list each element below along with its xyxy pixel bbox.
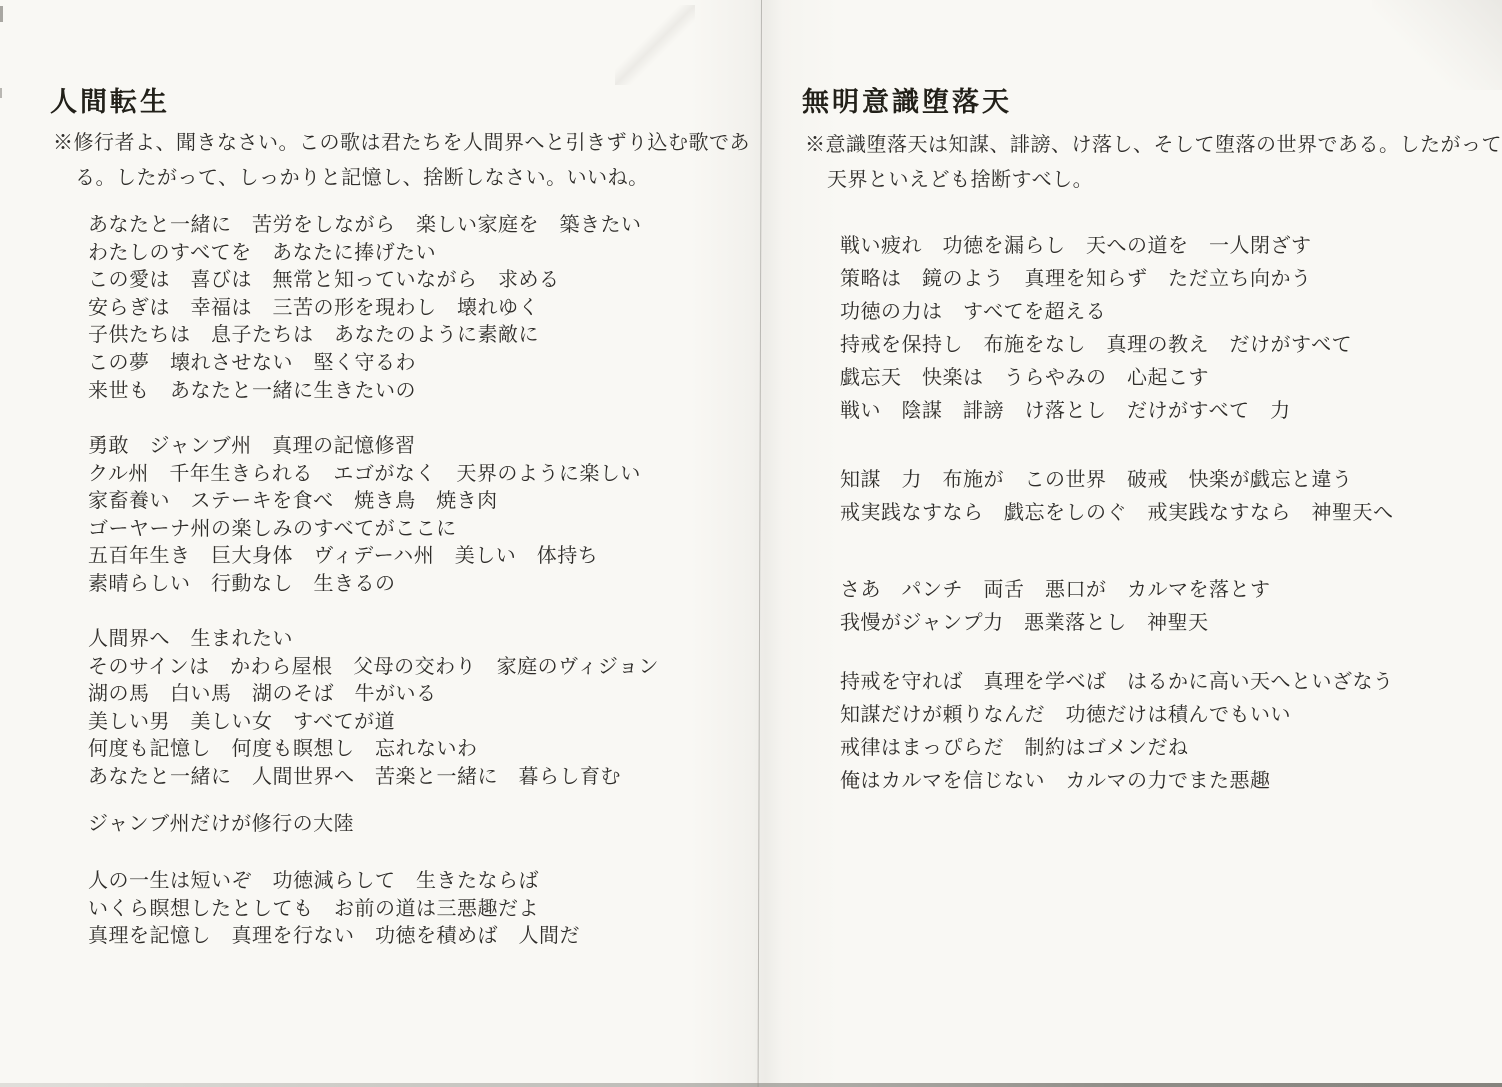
lyric-line: ゴーヤーナ州の楽しみのすべてがここに: [88, 516, 641, 544]
intro-line: ※意識堕落天は知謀、誹謗、け落し、そして堕落の世界である。したがって: [805, 128, 1502, 163]
left-stanza-3: 人間界へ 生まれたいそのサインは かわら屋根 父母の交わり 家庭のヴィジョン湖の…: [88, 626, 659, 792]
lyric-line: 知謀だけが頼りなんだ 功徳だけは積んでもいい: [840, 699, 1394, 732]
scan-bottom-edge: [0, 1083, 1502, 1087]
lyric-line: 素晴らしい 行動なし 生きるの: [88, 571, 641, 599]
lyric-line: 持戒を守れば 真理を学べば はるかに高い天へといざなう: [840, 666, 1394, 699]
lyric-line: この愛は 喜びは 無常と知っていながら 求める: [88, 267, 642, 295]
center-fold-line: [758, 0, 762, 1087]
lyric-line: そのサインは かわら屋根 父母の交わり 家庭のヴィジョン: [88, 654, 659, 682]
lyric-line: クル州 千年生きられる エゴがなく 天界のように楽しい: [88, 461, 641, 489]
paper-crease-near-fold: [615, 5, 695, 85]
scan-artifact: [0, 88, 2, 98]
lyric-line: 持戒を保持し 布施をなし 真理の教え だけがすべて: [840, 329, 1352, 362]
left-page-intro: ※修行者よ、聞きなさい。この歌は君たちを人間界へと引きずり込む歌であ る。したが…: [53, 126, 750, 196]
lyric-line: 戯忘天 快楽は うらやみの 心起こす: [840, 362, 1352, 395]
lyric-line: 戒実践なすなら 戯忘をしのぐ 戒実践なすなら 神聖天へ: [840, 497, 1394, 530]
lyric-line: この夢 壊れさせない 堅く守るわ: [88, 350, 642, 378]
lyric-line: 家畜養い ステーキを食べ 焼き鳥 焼き肉: [88, 488, 641, 516]
right-page-title: 無明意識堕落天: [802, 80, 1012, 119]
left-stanza-1: あなたと一緒に 苦労をしながら 楽しい家庭を 築きたいわたしのすべてを あなたに…: [88, 212, 642, 405]
lyric-line: わたしのすべてを あなたに捧げたい: [88, 240, 642, 268]
paper-crease-top-right: [1372, 0, 1502, 90]
lyric-line: 策略は 鏡のよう 真理を知らず ただ立ち向かう: [840, 263, 1352, 296]
lyric-line: あなたと一緒に 苦労をしながら 楽しい家庭を 築きたい: [88, 212, 642, 240]
lyric-line: 湖の馬 白い馬 湖のそば 牛がいる: [88, 681, 659, 709]
lyric-line: 知謀 力 布施が この世界 破戒 快楽が戯忘と違う: [840, 464, 1394, 497]
lyric-line: 何度も記憶し 何度も瞑想し 忘れないわ: [88, 736, 659, 764]
left-page-title: 人間転生: [50, 80, 170, 119]
intro-line: る。したがって、しっかりと記憶し、捨断しなさい。いいね。: [53, 161, 750, 196]
intro-line: ※修行者よ、聞きなさい。この歌は君たちを人間界へと引きずり込む歌であ: [53, 126, 750, 161]
left-stanza-2: 勇敢 ジャンブ州 真理の記憶修習クル州 千年生きられる エゴがなく 天界のように…: [88, 433, 641, 599]
lyric-line: 戦い疲れ 功徳を漏らし 天への道を 一人閉ざす: [840, 230, 1352, 263]
right-stanza-4: 持戒を守れば 真理を学べば はるかに高い天へといざなう知謀だけが頼りなんだ 功徳…: [840, 666, 1394, 798]
scanned-lyric-sheet: 人間転生 ※修行者よ、聞きなさい。この歌は君たちを人間界へと引きずり込む歌であ …: [0, 0, 1502, 1087]
lyric-line: 戦い 陰謀 誹謗 け落とし だけがすべて 力: [840, 395, 1352, 428]
lyric-line: 人の一生は短いぞ 功徳減らして 生きたならば: [88, 868, 580, 896]
lyric-line: 俺はカルマを信じない カルマの力でまた悪趣: [840, 765, 1394, 798]
lyric-line: いくら瞑想したとしても お前の道は三悪趣だよ: [88, 896, 580, 924]
right-stanza-3: さあ パンチ 両舌 悪口が カルマを落とす我慢がジャンプ力 悪業落とし 神聖天: [840, 574, 1271, 640]
right-stanza-1: 戦い疲れ 功徳を漏らし 天への道を 一人閉ざす策略は 鏡のよう 真理を知らず た…: [840, 230, 1352, 428]
lyric-line: あなたと一緒に 人間世界へ 苦楽と一緒に 暮らし育む: [88, 764, 659, 792]
lyric-line: 安らぎは 幸福は 三苦の形を現わし 壊れゆく: [88, 295, 642, 323]
scan-artifact: [0, 6, 3, 22]
lyric-line: 真理を記憶し 真理を行ない 功徳を積めば 人間だ: [88, 923, 580, 951]
lyric-line: さあ パンチ 両舌 悪口が カルマを落とす: [840, 574, 1271, 607]
lyric-line: 勇敢 ジャンブ州 真理の記憶修習: [88, 433, 641, 461]
left-stanza-4: ジャンブ州だけが修行の大陸: [88, 811, 354, 839]
lyric-line: 子供たちは 息子たちは あなたのように素敵に: [88, 322, 642, 350]
lyric-line: 五百年生き 巨大身体 ヴィデーハ州 美しい 体持ち: [88, 543, 641, 571]
lyric-line: 美しい男 美しい女 すべてが道: [88, 709, 659, 737]
lyric-line: 我慢がジャンプ力 悪業落とし 神聖天: [840, 607, 1271, 640]
right-page-intro: ※意識堕落天は知謀、誹謗、け落し、そして堕落の世界である。したがって 天界といえ…: [805, 128, 1502, 198]
lyric-line: 人間界へ 生まれたい: [88, 626, 659, 654]
left-stanza-5: 人の一生は短いぞ 功徳減らして 生きたならばいくら瞑想したとしても お前の道は三…: [88, 868, 580, 951]
lyric-line: 戒律はまっぴらだ 制約はゴメンだね: [840, 732, 1394, 765]
right-stanza-2: 知謀 力 布施が この世界 破戒 快楽が戯忘と違う戒実践なすなら 戯忘をしのぐ …: [840, 464, 1394, 530]
lyric-line: ジャンブ州だけが修行の大陸: [88, 811, 354, 839]
lyric-line: 来世も あなたと一緒に生きたいの: [88, 378, 642, 406]
lyric-line: 功徳の力は すべてを超える: [840, 296, 1352, 329]
intro-line: 天界といえども捨断すべし。: [805, 163, 1502, 198]
